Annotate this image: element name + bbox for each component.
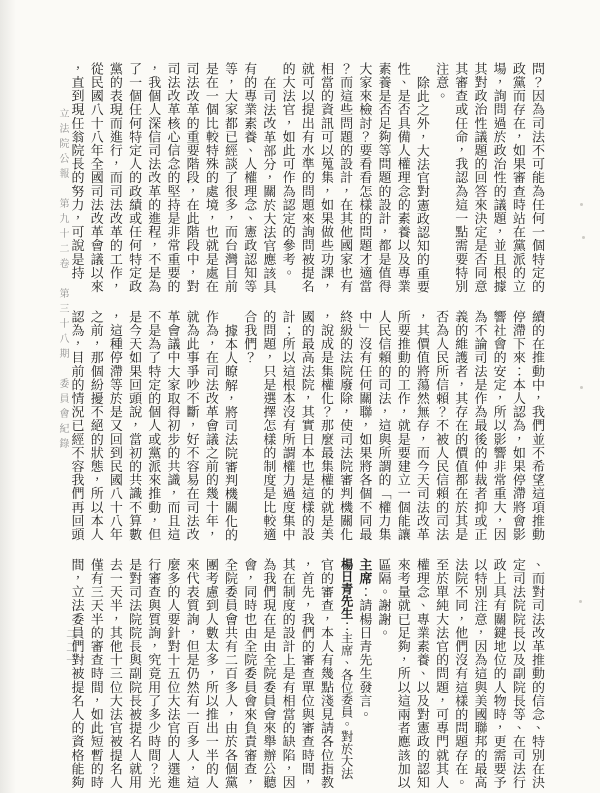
scan-speck	[579, 600, 582, 603]
text-column: 終級的法院廢除，使司法院審判機關化	[336, 310, 355, 542]
text-column: 響社會的安定，所以影響非常重大，因	[489, 310, 508, 542]
text-column: 是今天如果回頭說，當初的共識不算數	[125, 310, 144, 542]
text-column: 革會議中大家取得初步的共識，而且這	[163, 310, 182, 542]
text-column: 為不論司法是作為最後的仲裁者抑或正	[470, 310, 489, 542]
scan-speck	[582, 236, 585, 239]
scan-edge-shade	[0, 0, 16, 793]
text-column: 其在制度的設計上是有相當的缺陷，因	[278, 558, 297, 790]
text-column: 否為人民所信賴？不被人民信賴的司法	[432, 310, 451, 542]
text-column: 相當的資訊可以蒐集，如果做些功課，	[317, 62, 336, 294]
text-column: 人民信賴的司法，這與所謂的「權力集	[374, 310, 393, 542]
text-column: 就為此事爭吵不斷，好不容易在司法改	[182, 310, 201, 542]
text-column: 來代表質詢，但是仍然有一百多人，這	[182, 558, 201, 790]
text-column: 就可以提出有水準的問題來詢問被提名	[298, 62, 317, 294]
text-column: 間，立法委員們對被提名人的資格能夠	[67, 558, 86, 790]
text-column: 續的在推動中，我們並不希望這項推動	[528, 310, 547, 542]
text-column: 據本人瞭解，將司法院審判機關化的	[221, 310, 240, 542]
text-column: ，直到現任翁院長的努力，可說是持	[67, 62, 86, 294]
text-column: 之前，那個紛擾不絕的狀態，所以本人	[87, 310, 106, 542]
text-column: 行審查與質詢，究竟用了多少時間？光	[144, 558, 163, 790]
text-column: 的大法官，如此可作為認定的參考。	[278, 62, 297, 294]
scan-speck	[580, 386, 583, 389]
text-column: 是在一個比較特殊的處境，也就是處在	[202, 62, 221, 294]
text-column: ，首先，我們的審查單位與審查時間，	[298, 558, 317, 790]
text-column: ，這種停滯等於是又回到民國八十八年	[106, 310, 125, 542]
text-column: 了一個任何特定人的政績或任何特定政	[125, 62, 144, 294]
text-column: ，其價值將蕩然無存，而今天司法改革	[413, 310, 432, 542]
text-column: 為我們現在是由全院委員會來舉辦公聽	[259, 558, 278, 790]
text-column: 主席：請楊日青先生發言。	[355, 558, 374, 790]
text-column: 素養是否足夠等問題的設計，都是值得	[374, 62, 393, 294]
text-column: 性、是否具備人權理念的素養以及專業	[394, 62, 413, 294]
text-column: 法院不同，他們沒有這樣的問題存在。	[451, 558, 470, 790]
text-band-middle: 續的在推動中，我們並不希望這項推動停滯下來：本人認為，如果停滯將會影響社會的安定…	[67, 310, 547, 542]
text-column: 在司法改革部分，關於大法官應該具	[259, 62, 278, 294]
text-column: 政上具有關鍵地位的人物時，更需要予	[489, 558, 508, 790]
text-column: ？而這些問題的設計，在其他國家也有	[336, 62, 355, 294]
text-column: 至於單純大法官的問題，可專門就其人	[432, 558, 451, 790]
text-column: 注意。	[432, 62, 451, 294]
text-column: 義的維護者，其存在的價值都在於其是	[451, 310, 470, 542]
text-column: 來考量就已足夠，所以這兩者應該加以	[394, 558, 413, 790]
text-column: 政黨而存在，如果審查時站在黨派的立	[509, 62, 528, 294]
text-column: 停滯下來：本人認為，如果停滯將會影	[509, 310, 528, 542]
text-column: 所要推動的工作，就是要建立一個能讓	[394, 310, 413, 542]
text-column: 的問題，只是選擇怎樣的制度是比較適	[259, 310, 278, 542]
text-column: 其審查或任命，我認為這一點需要特別	[451, 62, 470, 294]
text-column: 僅有三天半的審查時間，如此短暫的時	[87, 558, 106, 790]
text-column: 麼多的人要針對十五位大法官的人選進	[163, 558, 182, 790]
text-column: 會，同時也由全院委員會來負責審查，	[240, 558, 259, 790]
text-column: 作為，在司法改革會議之前的幾十年，	[202, 310, 221, 542]
text-column: 區隔。謝謝。	[374, 558, 393, 790]
text-column: 是對司法院院長與副院長被提名人就用	[125, 558, 144, 790]
text-column: 權理念、專業素養、以及對憲政的認知	[413, 558, 432, 790]
text-band-top: 問？因為司法不可能為任何一個特定的政黨而存在，如果審查時站在黨派的立場，詢問過於…	[67, 62, 547, 294]
text-column: ，我個人深信司法改革的進程，不是為	[144, 62, 163, 294]
gazette-page: 立法院公報 第九十二卷 第三十八期 委員會紀錄 二二一 問？因為司法不可能為任何…	[0, 0, 600, 793]
text-column: 楊日青先生：主席、各位委員。對於大法	[336, 558, 355, 790]
text-column: 等，大家都已經談了很多，而台灣目前	[221, 62, 240, 294]
text-column: 司法改革的重要階段，在此階段中，對	[182, 62, 201, 294]
text-column: 問？因為司法不可能為任何一個特定的	[528, 62, 547, 294]
text-column: 司法改革核心信念的堅持是非常重要的	[163, 62, 182, 294]
text-column: 合我們？	[240, 310, 259, 542]
text-column: 定司法院院長以及副院長等、在司法行	[509, 558, 528, 790]
text-column: ，說成是集權化？那麼最集權的就是美	[317, 310, 336, 542]
scan-speck	[580, 203, 583, 206]
text-column: 計；所以這根本沒有所謂權力過度集中	[278, 310, 297, 542]
text-column: 大家來檢討？要看看怎樣的問題才適當	[355, 62, 374, 294]
text-column: 團考慮到人數太多，所以推出一半的人	[202, 558, 221, 790]
text-column: 認為，目前的情況已經不容我們再回頭	[67, 310, 86, 542]
text-column: 、而對司法改革推動的信念、特別在決	[528, 558, 547, 790]
text-column: 去一天半，其他十三位大法官被提名人	[106, 558, 125, 790]
text-column: 除此之外，大法官對憲政認知的重要	[413, 62, 432, 294]
text-column: 場，詢問過於政治性的議題，並且根據	[489, 62, 508, 294]
text-column: 官的審查，本人有幾點淺見請各位指教	[317, 558, 336, 790]
text-column: 中」沒有任何關聯，如果將各個不同最	[355, 310, 374, 542]
text-band-bottom: 、而對司法改革推動的信念、特別在決定司法院院長以及副院長等、在司法行政上具有關鍵…	[67, 558, 547, 790]
text-column: 以特別注意，因為這與美國聯邦的最高	[470, 558, 489, 790]
text-column: 有的專業素養、人權理念、憲政認知等	[240, 62, 259, 294]
text-column: 從民國八十八年全國司法改革會議以來	[87, 62, 106, 294]
text-column: 不是為了特定的個人或黨派來推動，但	[144, 310, 163, 542]
text-column: 全院委員會共有二百多人，由於各個黨	[221, 558, 240, 790]
text-column: 其對政治性議題的回答來決定是否同意	[470, 62, 489, 294]
text-column: 黨的表現而進行，而司法改革的工作，	[106, 62, 125, 294]
text-column: 國的最高法院，其實日本也是這樣的設	[298, 310, 317, 542]
